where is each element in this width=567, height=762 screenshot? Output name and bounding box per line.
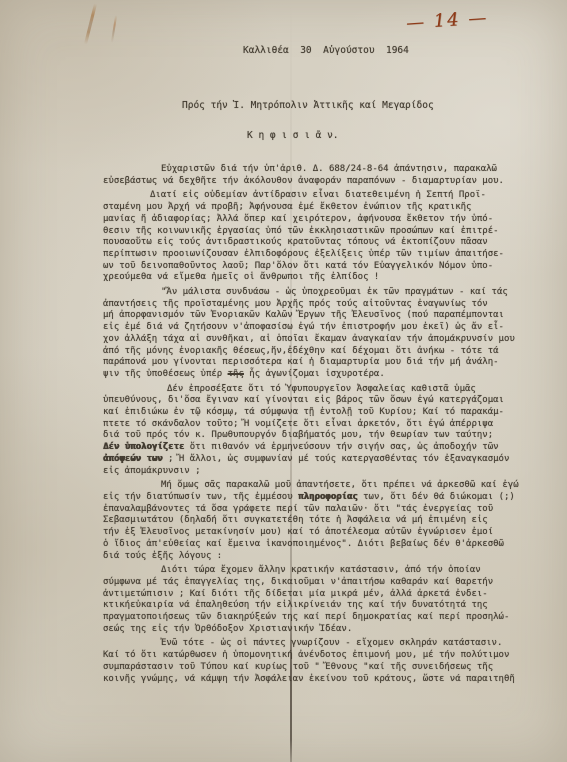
paragraph-2: Διατί εἰς οὐδεμίαν ἀντίδρασιν εἶναι διατ… xyxy=(103,190,539,284)
recipient-line: Πρός τήν Ἱ. Μητρόπολιν Ἀττικῆς καί Μεγαρ… xyxy=(182,100,434,111)
paragraph-7: Ἐνῶ τότε - ὡς οἱ πάντες γνωρίζουν - εἴχο… xyxy=(103,638,539,685)
ink-smudge xyxy=(84,3,97,44)
paragraph-6: Διότι τώρα ἔχομεν ἄλλην κρατικήν κατάστα… xyxy=(103,565,539,635)
dateline: Καλλιθέα 30 Αὐγούστου 1964 xyxy=(243,45,409,56)
paragraph-5: Μή ὅμως σᾶς παρακαλῶ μοῦ ἀπαντήσετε, ὅτι… xyxy=(103,480,539,562)
letter-body: Εὐχαριστῶν διά τήν ὑπ'ἀριθ. Δ. 688/24-8-… xyxy=(103,164,539,688)
ink-smudge xyxy=(111,15,117,43)
paragraph-1: Εὐχαριστῶν διά τήν ὑπ'ἀριθ. Δ. 688/24-8-… xyxy=(103,164,539,187)
paragraph-4: Δέν ἐπροσέξατε ὅτι τό Ὑφυπουργεῖον Ἀσφαλ… xyxy=(103,384,539,478)
recipient-location: Κ η φ ι σ ι ᾶ ν. xyxy=(247,130,339,141)
letter-page: — 14 — Καλλιθέα 30 Αὐγούστου 1964 Πρός τ… xyxy=(0,0,567,762)
paragraph-3: "Ἄν μάλιστα συνδυάσω - ὡς ὑποχρεοῦμαι ἐκ… xyxy=(103,287,539,381)
handwritten-page-number: — 14 — xyxy=(405,7,489,34)
